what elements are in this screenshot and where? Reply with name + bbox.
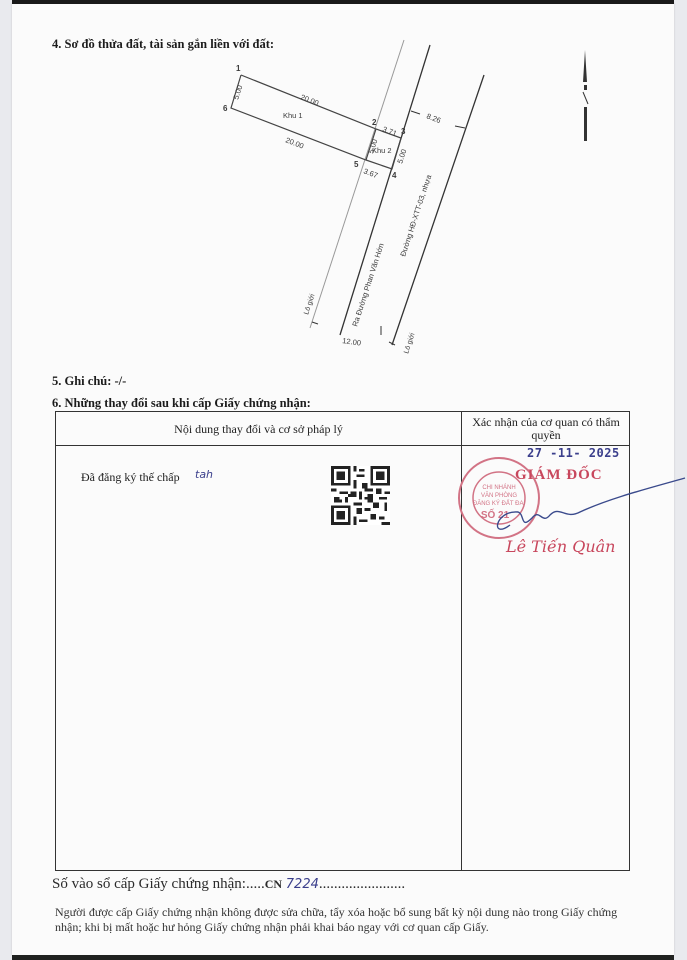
svg-text:20.00: 20.00 — [299, 92, 320, 107]
signer-name: Lê Tiến Quân — [506, 537, 615, 556]
svg-text:3.67: 3.67 — [362, 166, 379, 180]
section-6-heading: 6. Những thay đổi sau khi cấp Giấy chứng… — [52, 396, 311, 411]
svg-text:1: 1 — [236, 64, 241, 73]
handwritten-initials: tah — [195, 468, 213, 481]
header-change-content: Nội dung thay đổi và cơ sở pháp lý — [56, 423, 461, 436]
svg-text:3: 3 — [401, 127, 406, 136]
lot-boundary-line — [310, 40, 404, 328]
svg-text:8.26: 8.26 — [425, 111, 442, 125]
north-arrow-icon — [583, 50, 588, 141]
header-authority-confirmation: Xác nhận của cơ quan có thẩm quyền — [461, 416, 631, 442]
registration-label: Số vào sổ cấp Giấy chứng nhận: — [52, 876, 246, 892]
svg-text:Lô giới: Lô giới — [303, 293, 316, 316]
change-entry-text: Đã đăng ký thế chấp — [81, 470, 180, 485]
svg-text:Lô giới: Lô giới — [403, 332, 416, 355]
svg-text:20.00: 20.00 — [284, 135, 305, 150]
svg-text:Đường HĐ-XTT-03, nhựa: Đường HĐ-XTT-03, nhựa — [398, 173, 433, 258]
bottom-border — [12, 955, 674, 960]
land-plot-sketch: 1 2 3 4 5 6 Khu 1 Khu 2 20.00 20.00 5.00… — [0, 0, 687, 380]
registration-number-line: Số vào sổ cấp Giấy chứng nhận:.....CN 72… — [52, 876, 405, 893]
svg-text:4: 4 — [392, 171, 397, 180]
svg-text:2: 2 — [372, 118, 377, 127]
svg-text:12.00: 12.00 — [342, 336, 362, 348]
confirmation-date: 27 -11- 2025 — [527, 446, 620, 460]
svg-text:5.00: 5.00 — [231, 84, 244, 101]
registration-prefix: CN — [265, 877, 282, 891]
svg-text:6: 6 — [223, 104, 228, 113]
registration-number: 7224 — [286, 877, 319, 892]
svg-text:3.71: 3.71 — [381, 124, 398, 138]
svg-text:5: 5 — [354, 160, 359, 169]
svg-text:Khu 1: Khu 1 — [283, 111, 303, 120]
legal-notice: Người được cấp Giấy chứng nhận không đượ… — [55, 905, 645, 935]
section-5-heading: 5. Ghi chú: -/- — [52, 374, 126, 389]
road-left-edge — [340, 45, 430, 335]
qr-code-icon — [331, 466, 390, 525]
